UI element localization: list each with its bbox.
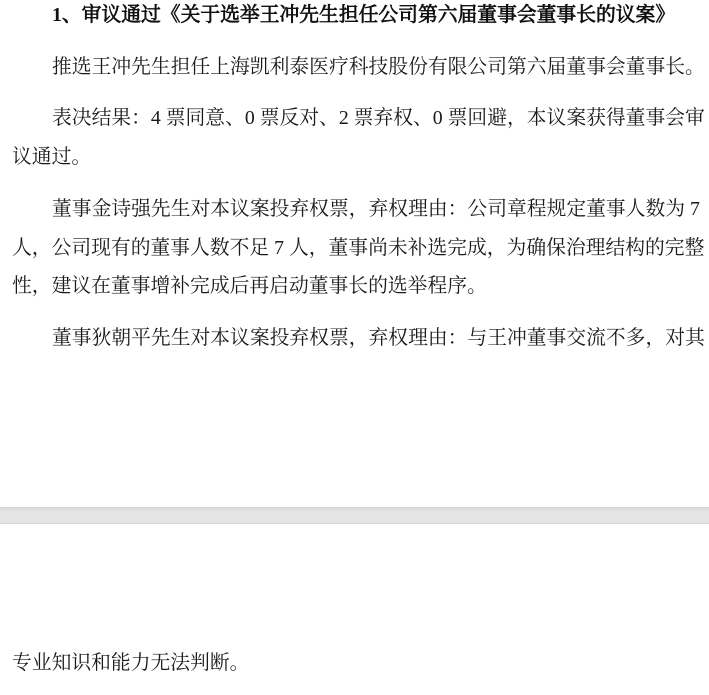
abstention-jin-line-2: 人，公司现有的董事人数不足 7 人，董事尚未补选完成，为确保治理结构的完整	[12, 235, 704, 261]
abstention-di-line-2: 专业知识和能力无法判断。	[12, 650, 249, 676]
abstention-jin-line-1: 董事金诗强先生对本议案投弃权票，弃权理由：公司章程规定董事人数为 7	[52, 196, 700, 222]
nomination-paragraph: 推选王冲先生担任上海凯利泰医疗科技股份有限公司第六届董事会董事长。	[52, 54, 705, 80]
vote-result-line-1: 表决结果：4 票同意、0 票反对、2 票弃权、0 票回避，本议案获得董事会审	[52, 105, 705, 131]
abstention-di-line-1: 董事狄朝平先生对本议案投弃权票，弃权理由：与王冲董事交流不多，对其	[52, 325, 705, 351]
abstention-jin-line-3: 性，建议在董事增补完成后再启动董事长的选举程序。	[12, 273, 487, 299]
page-break-divider	[0, 507, 709, 524]
vote-result-line-2: 议通过。	[12, 144, 91, 170]
resolution-heading: 1、审议通过《关于选举王冲先生担任公司第六届董事会董事长的议案》	[52, 2, 675, 28]
